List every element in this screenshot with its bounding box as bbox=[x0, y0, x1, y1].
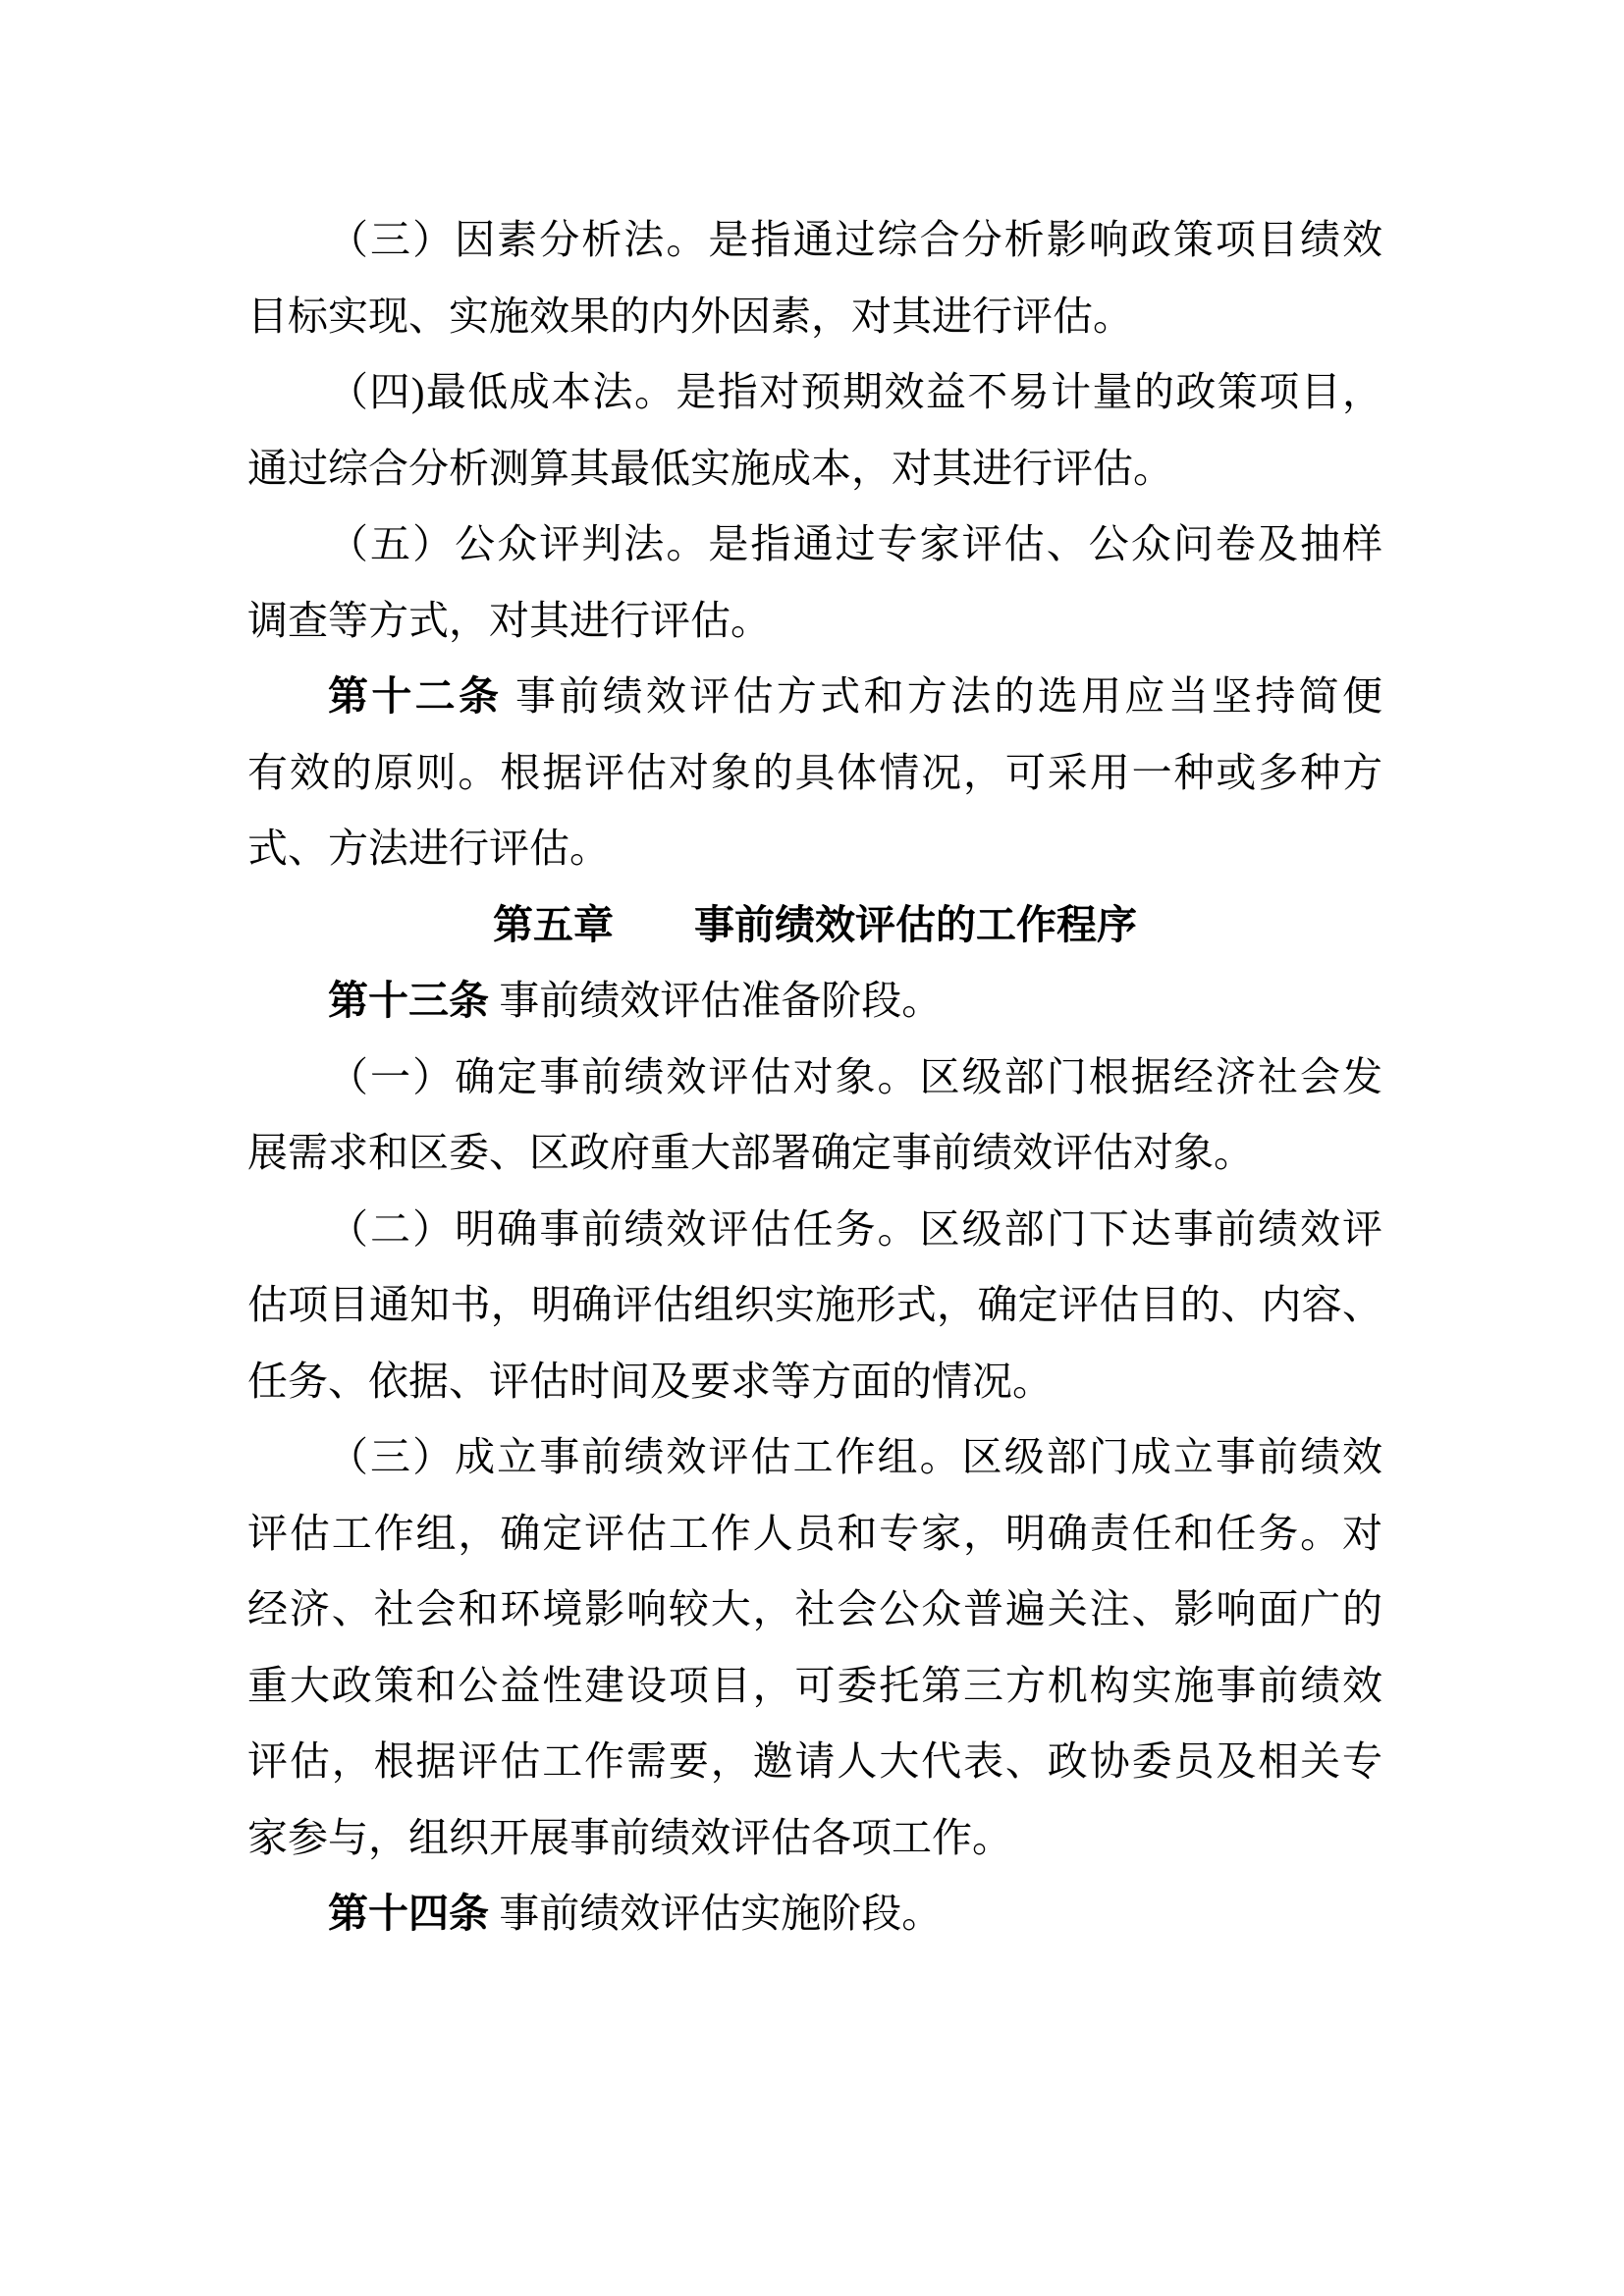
chapter-5-heading: 第五章 事前绩效评估的工作程序 bbox=[247, 887, 1382, 964]
text-line: 评估工作组，确定评估工作人员和专家，明确责任和任务。对 bbox=[247, 1496, 1382, 1573]
text-line: 通过综合分析测算其最低实施成本，对其进行评估。 bbox=[247, 431, 1382, 507]
text-line: （三）成立事前绩效评估工作组。区级部门成立事前绩效 bbox=[247, 1419, 1382, 1496]
text-line: 第十三条 事前绩效评估准备阶段。 bbox=[247, 963, 1382, 1040]
text-line: 目标实现、实施效果的内外因素，对其进行评估。 bbox=[247, 279, 1382, 355]
text-line: 调查等方式，对其进行评估。 bbox=[247, 583, 1382, 660]
article-number-bold-run: 第十二条 bbox=[328, 673, 502, 719]
text-line: （五）公众评判法。是指通过专家评估、公众问卷及抽样 bbox=[247, 507, 1382, 583]
text-line: 第十四条 事前绩效评估实施阶段。 bbox=[247, 1876, 1382, 1952]
text-line: 评估，根据评估工作需要，邀请人大代表、政协委员及相关专 bbox=[247, 1724, 1382, 1800]
text-line: 第十二条 事前绩效评估方式和方法的选用应当坚持简便 bbox=[247, 659, 1382, 735]
text-line: 估项目通知书，明确评估组织实施形式，确定评估目的、内容、 bbox=[247, 1267, 1382, 1344]
text-line: 第五章 事前绩效评估的工作程序 bbox=[247, 887, 1382, 964]
text-line: （一）确定事前绩效评估对象。区级部门根据经济社会发 bbox=[247, 1040, 1382, 1116]
article-13: 第十三条 事前绩效评估准备阶段。 bbox=[247, 963, 1382, 1040]
item-2-clarify-evaluation-tasks: （二）明确事前绩效评估任务。区级部门下达事前绩效评估项目通知书，明确评估组织实施… bbox=[247, 1192, 1382, 1420]
item-1-determine-evaluation-object: （一）确定事前绩效评估对象。区级部门根据经济社会发展需求和区委、区政府重大部署确… bbox=[247, 1040, 1382, 1192]
clause-5-public-judgement-method: （五）公众评判法。是指通过专家评估、公众问卷及抽样调查等方式，对其进行评估。 bbox=[247, 507, 1382, 659]
document-page: （三）因素分析法。是指通过综合分析影响政策项目绩效目标实现、实施效果的内外因素，… bbox=[0, 0, 1624, 2296]
article-14: 第十四条 事前绩效评估实施阶段。 bbox=[247, 1876, 1382, 1952]
text-line: 展需求和区委、区政府重大部署确定事前绩效评估对象。 bbox=[247, 1115, 1382, 1192]
article-12: 第十二条 事前绩效评估方式和方法的选用应当坚持简便有效的原则。根据评估对象的具体… bbox=[247, 659, 1382, 887]
text-line: 任务、依据、评估时间及要求等方面的情况。 bbox=[247, 1344, 1382, 1420]
article-number-bold-run: 第十三条 bbox=[328, 978, 489, 1023]
clause-3-factor-analysis-method: （三）因素分析法。是指通过综合分析影响政策项目绩效目标实现、实施效果的内外因素，… bbox=[247, 202, 1382, 354]
text-line: （二）明确事前绩效评估任务。区级部门下达事前绩效评 bbox=[247, 1192, 1382, 1268]
text-line: 重大政策和公益性建设项目，可委托第三方机构实施事前绩效 bbox=[247, 1648, 1382, 1725]
text-line: 家参与，组织开展事前绩效评估各项工作。 bbox=[247, 1800, 1382, 1877]
text-line: （四)最低成本法。是指对预期效益不易计量的政策项目， bbox=[247, 354, 1382, 431]
article-number-bold-run: 第十四条 bbox=[328, 1891, 489, 1936]
clause-4-minimum-cost-method: （四)最低成本法。是指对预期效益不易计量的政策项目，通过综合分析测算其最低实施成… bbox=[247, 354, 1382, 507]
item-3-establish-working-group: （三）成立事前绩效评估工作组。区级部门成立事前绩效评估工作组，确定评估工作人员和… bbox=[247, 1419, 1382, 1876]
text-line: 有效的原则。根据评估对象的具体情况，可采用一种或多种方 bbox=[247, 735, 1382, 812]
text-line: （三）因素分析法。是指通过综合分析影响政策项目绩效 bbox=[247, 202, 1382, 279]
text-line: 经济、社会和环境影响较大，社会公众普遍关注、影响面广的 bbox=[247, 1572, 1382, 1648]
document-body: （三）因素分析法。是指通过综合分析影响政策项目绩效目标实现、实施效果的内外因素，… bbox=[247, 202, 1382, 1952]
text-line: 式、方法进行评估。 bbox=[247, 811, 1382, 887]
